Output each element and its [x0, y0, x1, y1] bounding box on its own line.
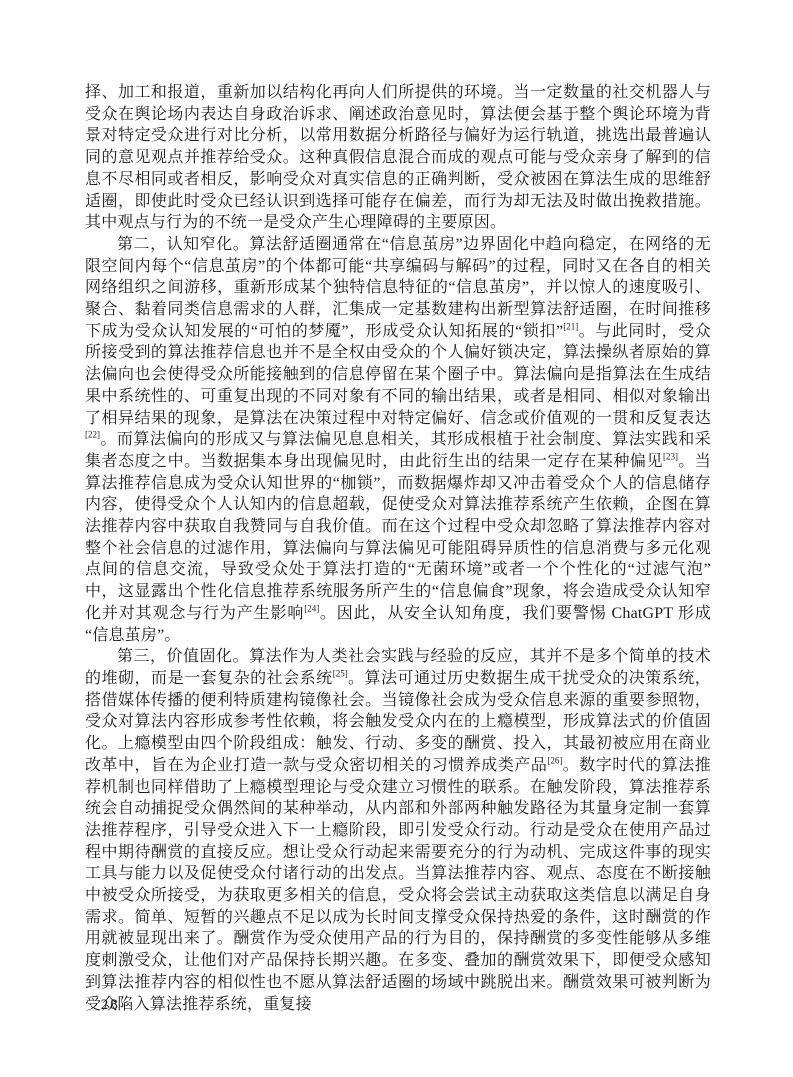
document-page: 择、加工和报道，重新加以结构化再向人们所提供的环境。当一定数量的社交机器人与受众… — [0, 0, 793, 1077]
citation-ref: [23] — [663, 452, 678, 462]
page-number: · 28 · — [88, 997, 133, 1014]
paragraph: 第三，价值固化。算法作为人类社会实践与经验的反应，其并不是多个简单的技术的堆砌，… — [85, 646, 711, 1015]
paragraph: 择、加工和报道，重新加以结构化再向人们所提供的环境。当一定数量的社交机器人与受众… — [85, 82, 711, 234]
citation-ref: [21] — [563, 321, 578, 331]
text-body: 择、加工和报道，重新加以结构化再向人们所提供的环境。当一定数量的社交机器人与受众… — [85, 82, 711, 1015]
citation-ref: [22] — [85, 430, 100, 440]
citation-ref: [26] — [547, 755, 562, 765]
paragraph: 第二，认知窄化。算法舒适圈通常在“信息茧房”边界固化中趋向稳定，在网络的无限空间… — [85, 234, 711, 646]
citation-ref: [25] — [333, 669, 348, 679]
citation-ref: [24] — [304, 604, 319, 614]
